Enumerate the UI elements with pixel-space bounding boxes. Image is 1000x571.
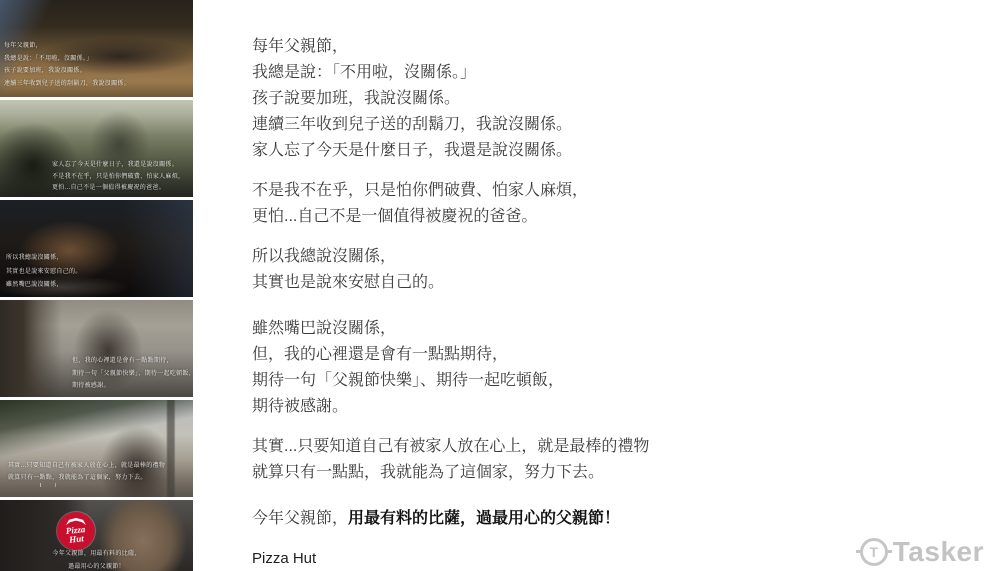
caption-line: 其實...只要知道自己有被家人放在心上，就是最棒的禮物 [8,460,165,472]
article-line: 其實...只要知道自己有被家人放在心上，就是最棒的禮物 [252,434,812,460]
article-line: 其實也是說來安慰自己的。 [252,270,812,296]
caption-line: 家人忘了今天是什麼日子，我還是說沒關係。 [52,160,184,172]
pizza-hut-logo: Pizza Hut [57,512,95,550]
caption-line: 雖然嘴巴說沒關係， [6,279,82,293]
tiny-credit-mark [40,483,56,487]
caption-line: 其實也是說來安慰自己的。 [6,266,82,280]
caption-line: 不是我不在乎，只是怕你們破費、怕家人麻煩， [52,172,184,184]
article-line: 每年父親節， [252,34,812,60]
caption-line: 連續三年收到兒子送的刮鬍刀，我說沒關係。 [4,78,130,91]
paragraph: 雖然嘴巴說沒關係， 但，我的心裡還是會有一點點期待， 期待一句「父親節快樂」、期… [252,316,812,420]
article-line: 連續三年收到兒子送的刮鬍刀，我說沒關係。 [252,112,812,138]
article-line: 但，我的心裡還是會有一點點期待， [252,342,812,368]
article-body: 每年父親節， 我總是說：「不用啦，沒關係。」 孩子說要加班，我說沒關係。 連續三… [252,34,812,571]
article-line: 更怕...自己不是一個值得被慶祝的爸爸。 [252,204,812,230]
caption-line: 我總是說：「不用啦，沒關係。」 [4,53,130,66]
caption-line: 過最用心的父親節！ [0,561,193,571]
article-line: 不是我不在乎，只是怕你們破費、怕家人麻煩， [252,178,812,204]
closing-bold: 用最有料的比薩，過最用心的父親節！ [348,510,620,527]
film-frame-window-day: 但，我的心裡還是會有一點點期待， 期待一句「父親節快樂」、期待一起吃頓飯， 期待… [0,300,193,397]
caption-line: 就算只有一點點，我就能為了這個家，努力下去。 [8,472,165,484]
paragraph: 不是我不在乎，只是怕你們破費、怕家人麻煩， 更怕...自己不是一個值得被慶祝的爸… [252,178,812,230]
article-line: 期待一句「父親節快樂」、期待一起吃頓飯， [252,368,812,394]
watermark-label: Tasker [893,536,984,568]
frame-caption: 但，我的心裡還是會有一點點期待， 期待一句「父親節快樂」、期待一起吃頓飯， 期待… [72,355,193,393]
film-frame-living-room: 每年父親節， 我總是說：「不用啦，沒關係。」 孩子說要加班，我說沒關係。 連續三… [0,0,193,97]
frame-caption: 今年父親節，用最有料的比薩， 過最用心的父親節！ [0,548,193,571]
film-frame-bedroom-night: 所以我總說沒關係， 其實也是說來安慰自己的。 雖然嘴巴說沒關係， [0,200,193,297]
pizza-hut-logo-text: Pizza Hut [60,524,92,544]
article-line: 家人忘了今天是什麼日子，我還是說沒關係。 [252,138,812,164]
page: 每年父親節， 我總是說：「不用啦，沒關係。」 孩子說要加班，我說沒關係。 連續三… [0,0,1000,571]
brand-name: Pizza Hut [252,546,812,571]
tasker-watermark: T Tasker [860,536,984,568]
tasker-logo-icon: T [860,538,888,566]
frame-caption: 所以我總說沒關係， 其實也是說來安慰自己的。 雖然嘴巴說沒關係， [6,252,82,293]
article-line: 我總是說：「不用啦，沒關係。」 [252,60,812,86]
closing-line: 今年父親節，用最有料的比薩，過最用心的父親節！ [252,506,812,532]
frame-caption: 其實...只要知道自己有被家人放在心上，就是最棒的禮物 就算只有一點點，我就能為… [8,460,165,484]
paragraph: 每年父親節， 我總是說：「不用啦，沒關係。」 孩子說要加班，我說沒關係。 連續三… [252,34,812,164]
article-line: 今年父親節，用最有料的比薩，過最用心的父親節！ [252,506,812,532]
caption-line: 孩子說要加班，我說沒關係。 [4,65,130,78]
article-line: 孩子說要加班，我說沒關係。 [252,86,812,112]
caption-line: 期待一句「父親節快樂」、期待一起吃頓飯， [72,368,193,381]
article-line: 期待被感謝。 [252,394,812,420]
caption-line: 所以我總說沒關係， [6,252,82,266]
caption-line: 每年父親節， [4,40,130,53]
caption-line: 今年父親節，用最有料的比薩， [0,548,193,561]
article-line: 雖然嘴巴說沒關係， [252,316,812,342]
caption-line: 但，我的心裡還是會有一點點期待， [72,355,193,368]
film-frame-closeup-logo: Pizza Hut 今年父親節，用最有料的比薩， 過最用心的父親節！ [0,500,193,571]
caption-line: 更怕...自己不是一個值得被慶祝的爸爸。 [52,183,184,195]
article-line: 就算只有一點點，我就能為了這個家，努力下去。 [252,460,812,486]
frame-caption: 每年父親節， 我總是說：「不用啦，沒關係。」 孩子說要加班，我說沒關係。 連續三… [4,40,130,90]
film-frame-street: 其實...只要知道自己有被家人放在心上，就是最棒的禮物 就算只有一點點，我就能為… [0,400,193,497]
paragraph: 所以我總說沒關係， 其實也是說來安慰自己的。 [252,244,812,296]
filmstrip: 每年父親節， 我總是說：「不用啦，沒關係。」 孩子說要加班，我說沒關係。 連續三… [0,0,193,571]
caption-line: 期待被感謝。 [72,380,193,393]
film-frame-noodle-shop: 家人忘了今天是什麼日子，我還是說沒關係。 不是我不在乎，只是怕你們破費、怕家人麻… [0,100,193,197]
article-line: 所以我總說沒關係， [252,244,812,270]
paragraph: 其實...只要知道自己有被家人放在心上，就是最棒的禮物 就算只有一點點，我就能為… [252,434,812,486]
frame-caption: 家人忘了今天是什麼日子，我還是說沒關係。 不是我不在乎，只是怕你們破費、怕家人麻… [52,160,184,195]
closing-prefix: 今年父親節， [252,510,348,527]
